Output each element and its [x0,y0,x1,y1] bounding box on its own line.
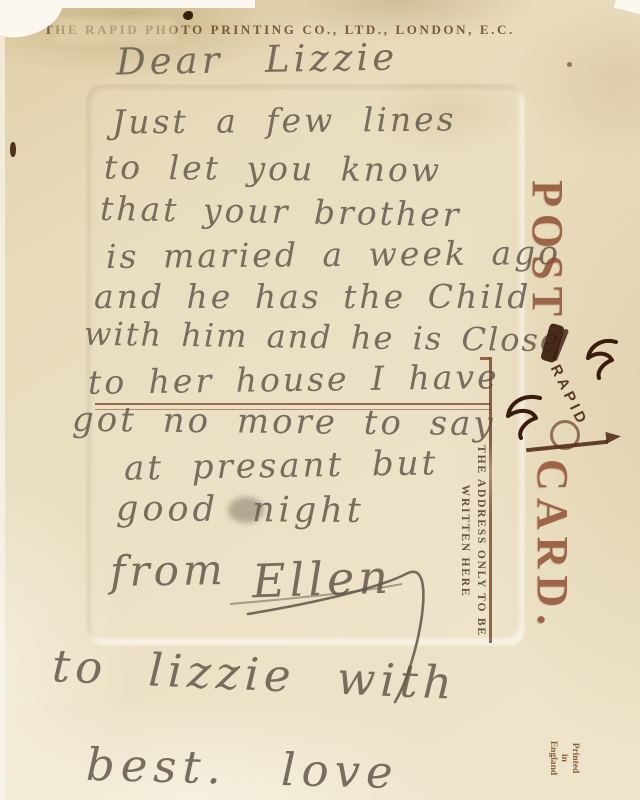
printed-in-line3: England [547,729,558,787]
message-line: to her house I have [88,357,500,402]
message-line: to let you know [104,148,442,190]
signature-from: from [110,545,228,596]
swallow-bird-icon [498,390,548,440]
message-line: good night [116,489,365,531]
signature-name: Ellen [251,550,393,609]
message-line: that your brother [100,189,462,234]
post-card-label-card: CARD. [526,459,578,629]
closing-line: best. love [85,738,399,799]
message-line: at presant but [124,443,439,488]
address-divider-horizontal-line [95,403,491,410]
card-left-edge [0,0,5,800]
printed-in-line2: in [558,729,569,787]
printed-in-england: Printed in England [544,729,580,787]
closing-line: to lizzie with [51,639,458,710]
postcard-scan: THE RAPID PHOTO PRINTING CO., LTD., LOND… [0,0,640,800]
torn-corner-top-right [614,0,640,16]
printed-in-line1: Printed [569,729,580,787]
ink-blot [10,142,16,157]
salutation: Dear Lizzie [116,36,399,84]
ink-speck [567,62,572,67]
ink-speck [183,11,193,20]
message-line: Just a few lines [112,99,457,141]
message-line: is maried a week ago [106,233,561,276]
swallow-bird-icon [578,336,624,380]
ring-mark-icon [550,420,580,450]
arrow-head-icon [605,430,621,444]
rapid-trademark-stamp: RAPID [470,318,640,478]
message-line: and he has the Child [94,277,531,316]
